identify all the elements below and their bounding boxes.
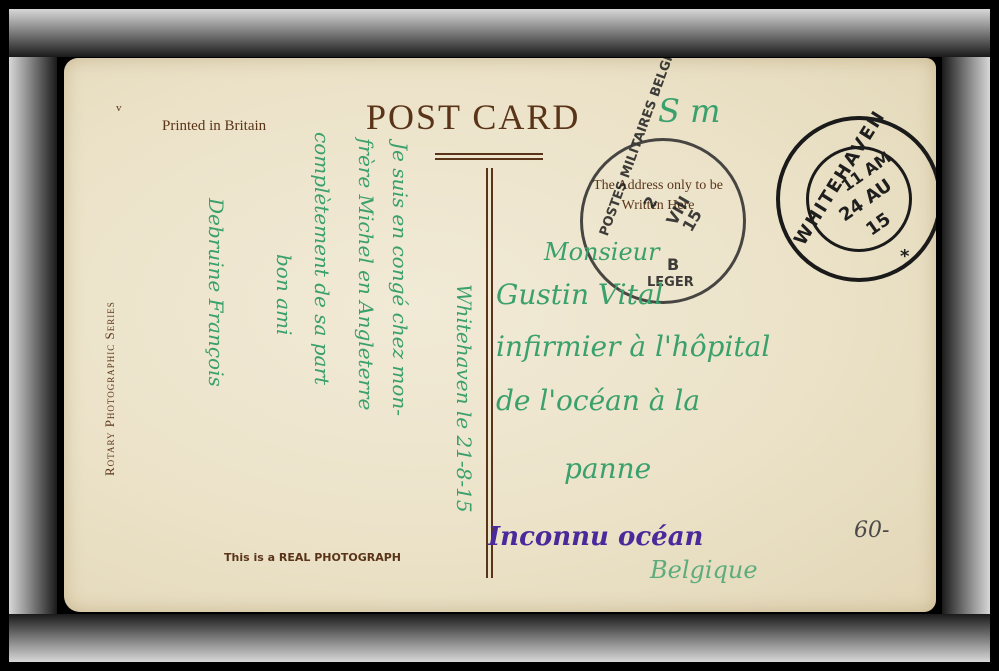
real-photograph-label: This is a REAL PHOTOGRAPH — [224, 551, 401, 564]
divider-vertical-right — [491, 168, 493, 578]
divider-rule-top — [435, 153, 543, 155]
country-line: Belgique — [650, 556, 758, 584]
message-line-2: frère Michel en Angleterre — [354, 138, 378, 410]
handwritten-initials: S m — [658, 92, 720, 130]
message-line-3: complètement de sa part — [310, 132, 334, 385]
dateline-vertical: Whitehaven le 21-8-15 — [452, 284, 476, 513]
postmark-star-icon: * — [900, 246, 909, 267]
address-line-2: Gustin Vital — [496, 278, 664, 311]
series-label: Rotary Photographic Series — [102, 301, 118, 476]
address-line-3: infirmier à l'hôpital — [496, 330, 770, 363]
address-line-1: Monsieur — [544, 238, 660, 266]
postmark-day: 2 — [640, 193, 662, 212]
postmark-code: B — [667, 255, 679, 274]
postcard: v Printed in Britain POST CARD Rotary Ph… — [64, 58, 936, 612]
address-line-5: panne — [564, 452, 651, 485]
corner-mark: v — [116, 102, 122, 114]
whitehaven-postmark: WHITEHAVEN 11 AM 24 AU 15 * — [776, 116, 936, 282]
printed-in-britain: Printed in Britain — [162, 118, 266, 135]
post-card-title: POST CARD — [366, 96, 580, 138]
message-line-4: bon ami — [272, 254, 296, 335]
address-line-4: de l'océan à la — [496, 384, 700, 417]
message-line-5: Debruine François — [204, 198, 228, 387]
pencil-price: 60- — [854, 518, 889, 543]
divider-rule-bottom — [435, 158, 543, 160]
divider-vertical-left — [486, 168, 488, 578]
message-line-1: Je suis en congé chez mon- — [388, 142, 412, 416]
censor-mark: Inconnu océan — [488, 522, 703, 552]
